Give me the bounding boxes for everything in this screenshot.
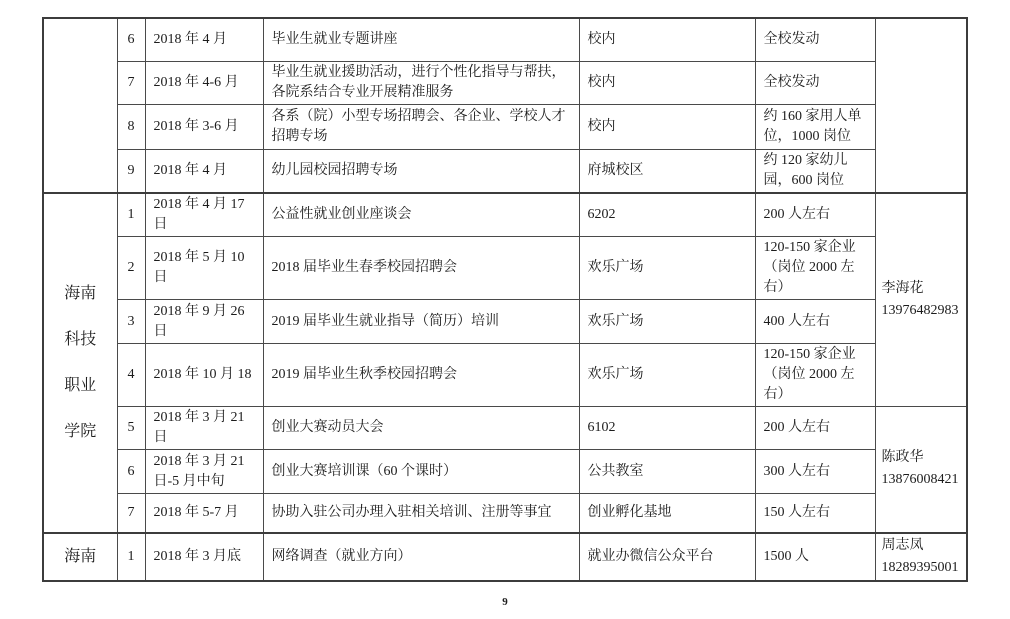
activity-cell: 创业大赛培训课（60 个课时）: [263, 450, 579, 494]
scale-cell: 约 120 家幼儿园，600 岗位: [755, 149, 875, 193]
contact-cell: 陈政华 13876008421: [875, 407, 967, 533]
row-number: 7: [117, 61, 145, 104]
row-number: 5: [117, 407, 145, 450]
activity-cell: 网络调查（就业方向）: [263, 533, 579, 581]
scale-cell: 120-150 家企业（岗位 2000 左右）: [755, 344, 875, 407]
date-cell: 2018 年 4 月 17 日: [145, 193, 263, 237]
date-cell: 2018 年 10 月 18: [145, 344, 263, 407]
activity-cell: 各系（院）小型专场招聘会、各企业、学校人才招聘专场: [263, 104, 579, 149]
contact-name: 陈政华: [882, 447, 961, 469]
row-number: 2: [117, 237, 145, 300]
location-cell: 就业办微信公众平台: [579, 533, 755, 581]
row-number: 9: [117, 149, 145, 193]
contact-cell: 周志凤 18289395001: [875, 533, 967, 581]
activity-cell: 2018 届毕业生春季校园招聘会: [263, 237, 579, 300]
contact-name: 周志凤: [882, 535, 961, 557]
row-number: 6: [117, 18, 145, 61]
date-cell: 2018 年 4 月: [145, 18, 263, 61]
scale-cell: 200 人左右: [755, 407, 875, 450]
row-number: 8: [117, 104, 145, 149]
activity-cell: 毕业生就业专题讲座: [263, 18, 579, 61]
scale-cell: 400 人左右: [755, 300, 875, 344]
activity-cell: 创业大赛动员大会: [263, 407, 579, 450]
contact-cell: 李海花 13976482983: [875, 193, 967, 407]
location-cell: 欢乐广场: [579, 344, 755, 407]
location-cell: 校内: [579, 104, 755, 149]
row-number: 4: [117, 344, 145, 407]
location-cell: 6102: [579, 407, 755, 450]
activity-cell: 毕业生就业援助活动，进行个性化指导与帮扶，各院系结合专业开展精准服务: [263, 61, 579, 104]
date-cell: 2018 年 4-6 月: [145, 61, 263, 104]
scale-cell: 200 人左右: [755, 193, 875, 237]
row-number: 7: [117, 494, 145, 533]
scale-cell: 150 人左右: [755, 494, 875, 533]
contact-name: 李海花: [882, 278, 961, 300]
location-cell: 公共教室: [579, 450, 755, 494]
contact-phone: 13876008421: [882, 469, 961, 491]
activity-cell: 2019 届毕业生就业指导（简历）培训: [263, 300, 579, 344]
location-cell: 创业孵化基地: [579, 494, 755, 533]
institution-cell: [43, 18, 117, 193]
scale-cell: 全校发动: [755, 18, 875, 61]
location-cell: 欢乐广场: [579, 237, 755, 300]
location-cell: 欢乐广场: [579, 300, 755, 344]
scale-cell: 1500 人: [755, 533, 875, 581]
date-cell: 2018 年 3 月 21 日: [145, 407, 263, 450]
row-number: 3: [117, 300, 145, 344]
activity-cell: 幼儿园校园招聘专场: [263, 149, 579, 193]
row-number: 6: [117, 450, 145, 494]
location-cell: 校内: [579, 18, 755, 61]
page-number: 9: [0, 596, 1010, 608]
date-cell: 2018 年 4 月: [145, 149, 263, 193]
contact-phone: 18289395001: [882, 557, 961, 579]
date-cell: 2018 年 3-6 月: [145, 104, 263, 149]
institution-cell: 海南 科技 职业 学院: [43, 193, 117, 533]
contact-cell: [875, 18, 967, 193]
date-cell: 2018 年 5 月 10 日: [145, 237, 263, 300]
activity-cell: 公益性就业创业座谈会: [263, 193, 579, 237]
scale-cell: 全校发动: [755, 61, 875, 104]
scale-cell: 约 160 家用人单位，1000 岗位: [755, 104, 875, 149]
activity-cell: 2019 届毕业生秋季校园招聘会: [263, 344, 579, 407]
date-cell: 2018 年 5-7 月: [145, 494, 263, 533]
date-cell: 2018 年 3 月 21 日-5 月中旬: [145, 450, 263, 494]
location-cell: 6202: [579, 193, 755, 237]
row-number: 1: [117, 193, 145, 237]
activity-cell: 协助入驻公司办理入驻相关培训、注册等事宜: [263, 494, 579, 533]
row-number: 1: [117, 533, 145, 581]
location-cell: 校内: [579, 61, 755, 104]
institution-cell: 海南: [43, 533, 117, 581]
location-cell: 府城校区: [579, 149, 755, 193]
scale-cell: 120-150 家企业（岗位 2000 左右）: [755, 237, 875, 300]
contact-phone: 13976482983: [882, 300, 961, 322]
date-cell: 2018 年 9 月 26 日: [145, 300, 263, 344]
scale-cell: 300 人左右: [755, 450, 875, 494]
date-cell: 2018 年 3 月底: [145, 533, 263, 581]
events-table: 6 2018 年 4 月 毕业生就业专题讲座 校内 全校发动 7 2018 年 …: [42, 17, 968, 582]
document-page: { "page": { "number": "9" }, "colors": {…: [0, 0, 1010, 619]
